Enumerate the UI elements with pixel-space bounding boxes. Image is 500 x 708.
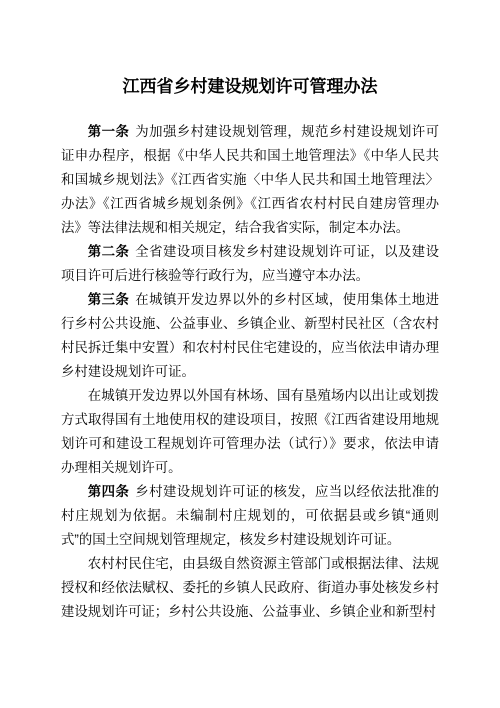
article-3-continuation-text: 在城镇开发边界以外国有林场、国有垦殖场内以出让或划拨方式取得国有土地使用权的建设… bbox=[61, 388, 439, 475]
article-4-continuation-text: 农村村民住宅，由县级自然资源主管部门或根据法律、法规授权和经依法赋权、委托的乡镇… bbox=[61, 556, 439, 619]
article-1-label: 第一条 bbox=[88, 124, 129, 139]
paragraph-article-3-continuation: 在城镇开发边界以外国有林场、国有垦殖场内以出让或划拨方式取得国有土地使用权的建设… bbox=[61, 384, 439, 480]
article-4-label: 第四条 bbox=[88, 484, 129, 499]
article-3-label: 第三条 bbox=[88, 292, 129, 307]
paragraph-article-2: 第二条全省建设项目核发乡村建设规划许可证，以及建设项目许可后进行核验等行政行为，… bbox=[61, 240, 439, 288]
document-body: 第一条为加强乡村建设规划管理，规范乡村建设规划许可证申办程序，根据《中华人民共和… bbox=[61, 120, 439, 624]
article-1-text: 为加强乡村建设规划管理，规范乡村建设规划许可证申办程序，根据《中华人民共和国土地… bbox=[61, 124, 439, 235]
article-2-label: 第二条 bbox=[88, 244, 129, 259]
document-page: 江西省乡村建设规划许可管理办法 第一条为加强乡村建设规划管理，规范乡村建设规划许… bbox=[0, 0, 500, 708]
document-title: 江西省乡村建设规划许可管理办法 bbox=[61, 75, 439, 99]
paragraph-article-1: 第一条为加强乡村建设规划管理，规范乡村建设规划许可证申办程序，根据《中华人民共和… bbox=[61, 120, 439, 240]
paragraph-article-4: 第四条乡村建设规划许可证的核发，应当以经依法批准的村庄规划为依据。未编制村庄规划… bbox=[61, 480, 439, 552]
paragraph-article-4-continuation: 农村村民住宅，由县级自然资源主管部门或根据法律、法规授权和经依法赋权、委托的乡镇… bbox=[61, 552, 439, 624]
paragraph-article-3: 第三条在城镇开发边界以外的乡村区域，使用集体土地进行乡村公共设施、公益事业、乡镇… bbox=[61, 288, 439, 384]
